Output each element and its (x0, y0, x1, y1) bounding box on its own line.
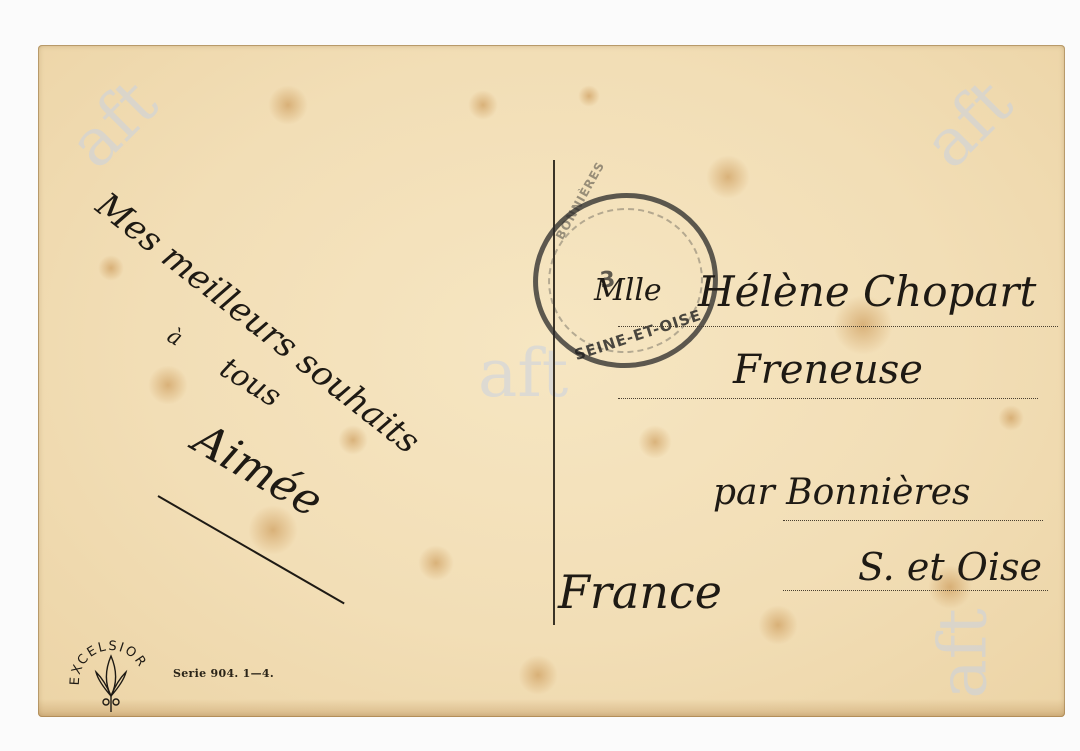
address-line-1 (618, 326, 1058, 327)
stain (518, 655, 558, 695)
address-town: Freneuse (733, 347, 923, 393)
watermark: aft (909, 64, 1027, 182)
stain (638, 425, 672, 459)
stain (468, 90, 498, 120)
stain (706, 155, 750, 199)
address-line-2 (618, 398, 1038, 399)
excelsior-logo: EXCELSIOR (66, 628, 156, 717)
message-line2: à (163, 323, 187, 351)
watermark: aft (54, 64, 172, 182)
message-line1: Mes meilleurs souhaits (88, 185, 427, 462)
address-department: S. et Oise (858, 545, 1042, 589)
stain (268, 85, 308, 125)
stain (148, 365, 188, 405)
stain (578, 85, 600, 107)
stain (98, 255, 124, 281)
message: Mes meilleurs souhaits (88, 185, 427, 462)
address-country: France (558, 565, 722, 619)
watermark: aft (925, 608, 1002, 698)
address-name: Hélène Chopart (698, 267, 1036, 316)
fleur-de-lis-icon (96, 656, 126, 712)
signature-underline (158, 495, 345, 604)
series-label: Serie 904. 1—4. (173, 667, 274, 680)
address-line-4 (783, 590, 1048, 591)
address-line-3 (783, 520, 1043, 521)
watermark: aft (478, 335, 568, 412)
stain (998, 405, 1024, 431)
postcard-back: aft aft aft aft Mes meilleurs souhaits à… (38, 45, 1065, 717)
stain (418, 545, 454, 581)
edge-stain (38, 699, 1065, 717)
address-salutation: Mlle (594, 273, 662, 308)
address-via: par Bonnières (713, 472, 970, 513)
stain (758, 605, 798, 645)
